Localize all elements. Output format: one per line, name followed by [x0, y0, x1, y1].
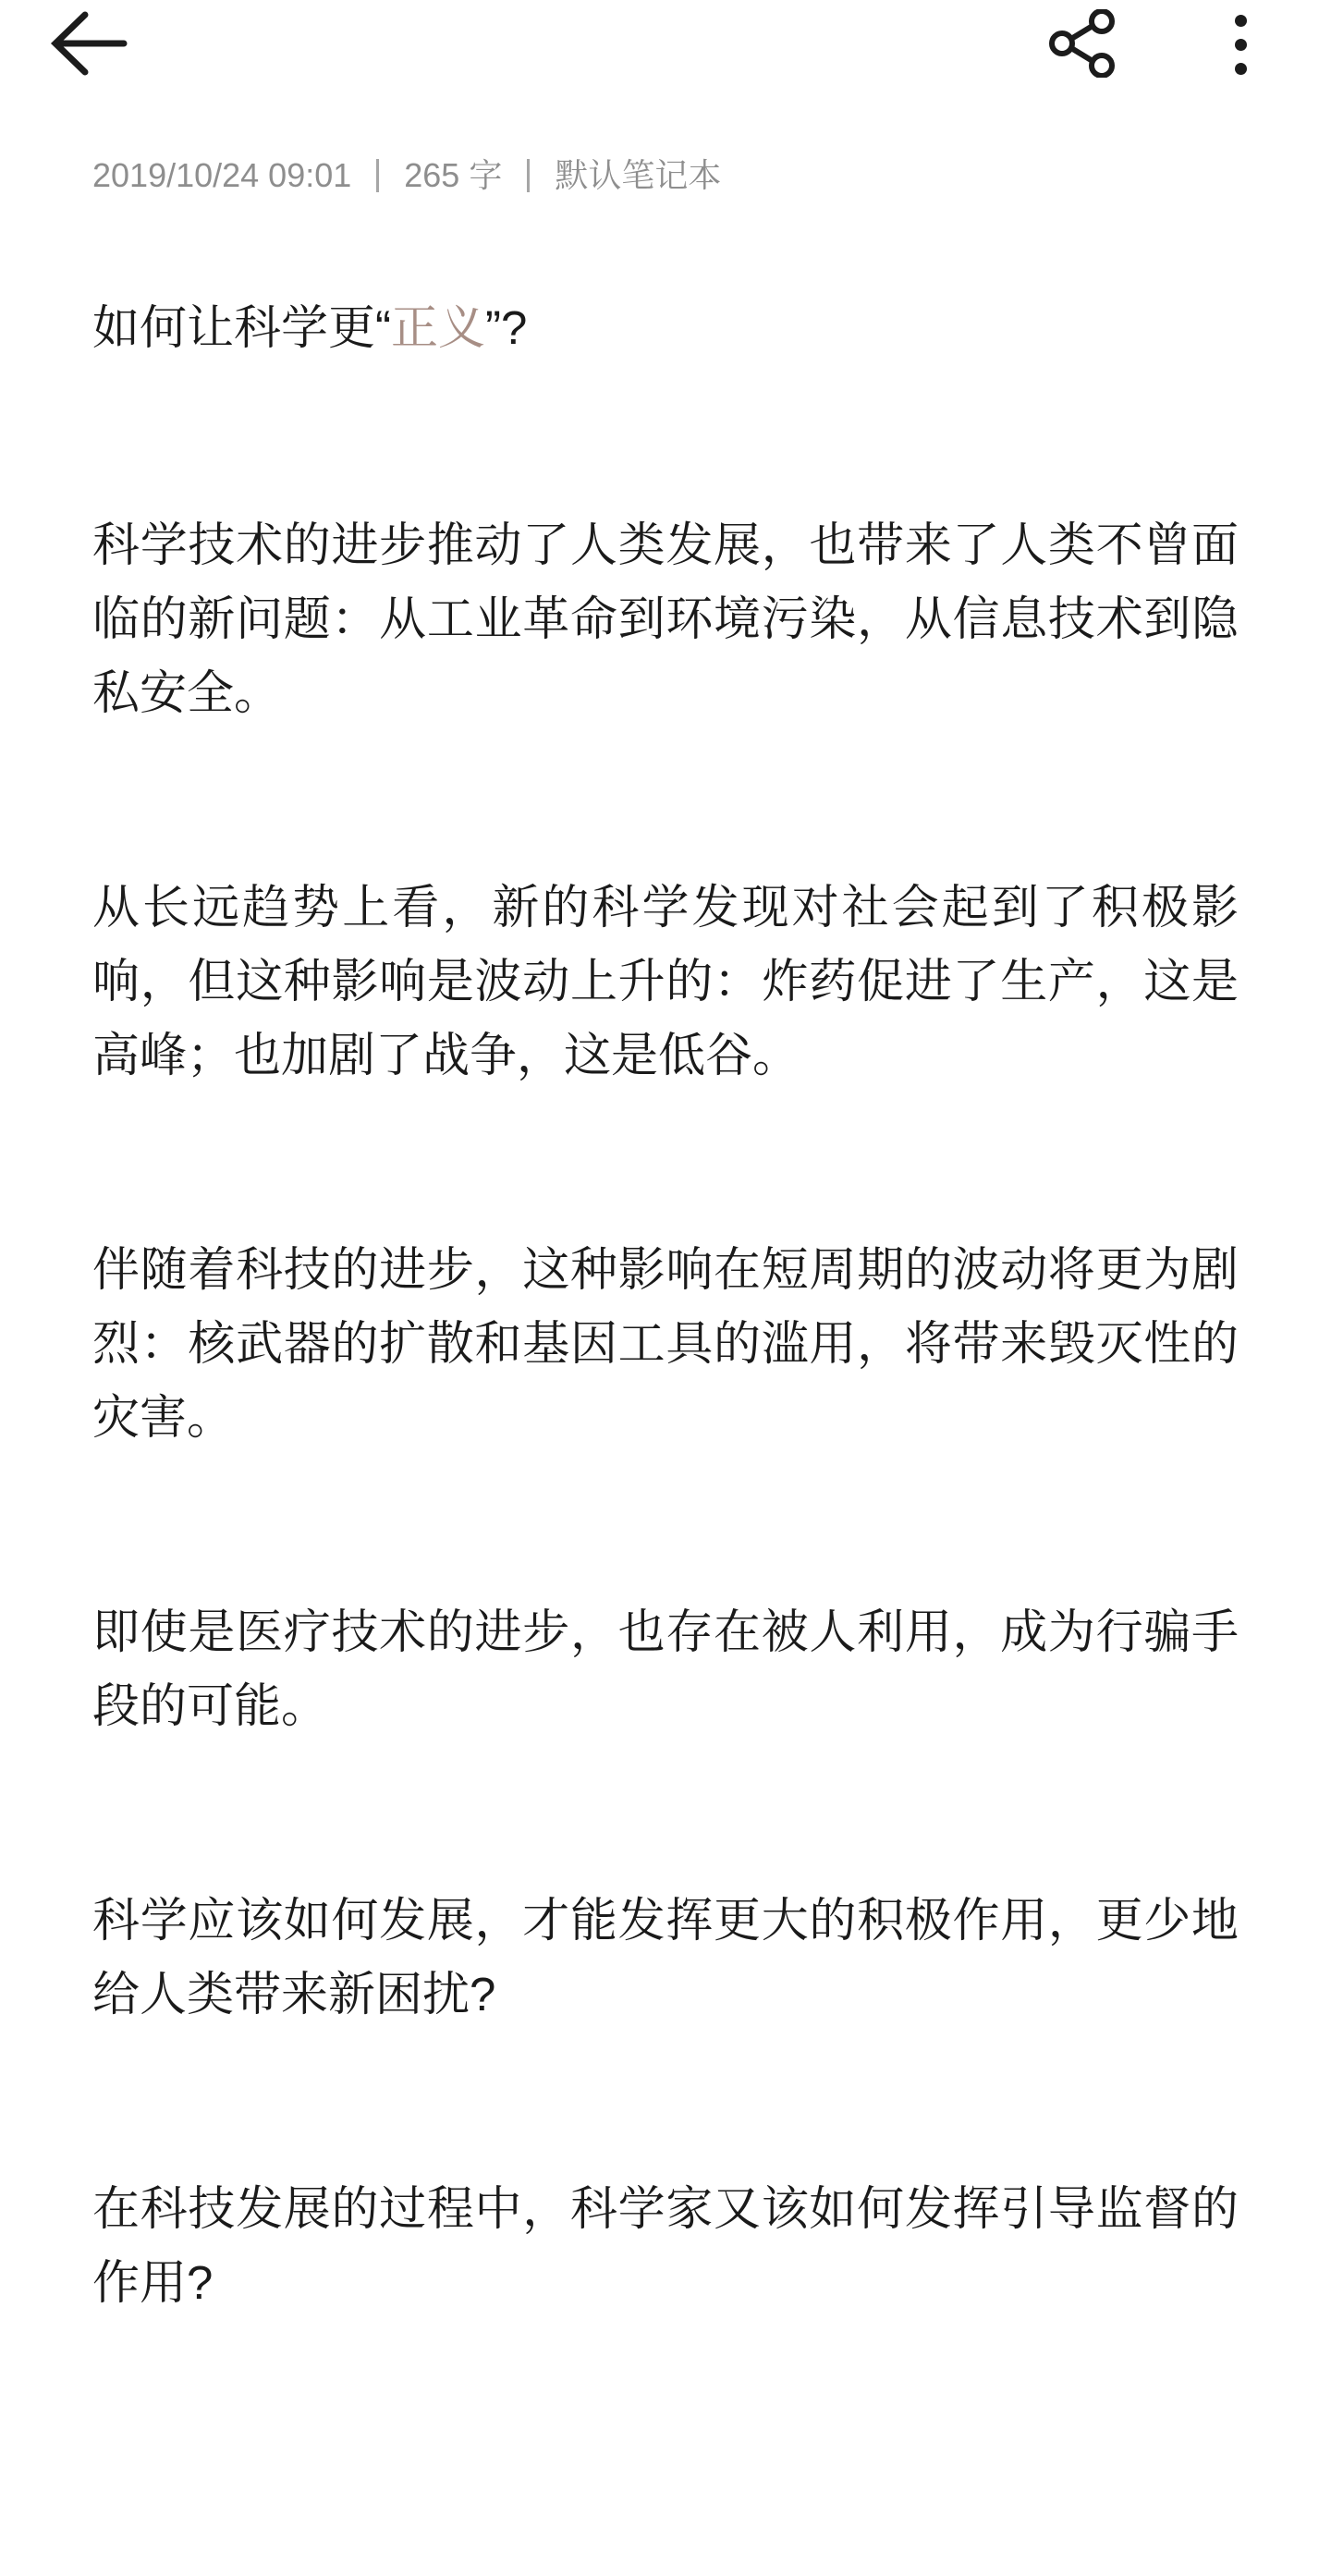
note-title[interactable]: 如何让科学更“正义”? [92, 291, 1239, 365]
note-content[interactable]: 如何让科学更“正义”? 科学技术的进步推动了人类发展，也带来了人类不曾面临的新问… [92, 291, 1239, 2460]
note-meta-row: 2019/10/24 09:01 265 字 默认笔记本 [92, 155, 1239, 196]
note-notebook-name: 默认笔记本 [555, 155, 721, 196]
meta-separator [527, 159, 530, 192]
note-paragraph[interactable]: 科学应该如何发展，才能发挥更大的积极作用，更少地给人类带来新困扰? [92, 1884, 1239, 2032]
back-button[interactable] [33, 2, 144, 87]
note-paragraph[interactable]: 伴随着科技的进步，这种影响在短周期的波动将更为剧烈：核武器的扩散和基因工具的滥用… [92, 1233, 1239, 1455]
more-options-button[interactable] [1202, 0, 1279, 89]
note-paragraph[interactable]: 科学技术的进步推动了人类发展，也带来了人类不曾面临的新问题：从工业革命到环境污染… [92, 508, 1239, 730]
note-title-highlight: 正义 [391, 301, 485, 354]
note-word-count: 265 字 [404, 155, 502, 196]
kebab-menu-icon [1235, 15, 1247, 75]
note-paragraph[interactable]: 在科技发展的过程中，科学家又该如何发挥引导监督的作用? [92, 2172, 1239, 2320]
top-app-bar [0, 0, 1331, 92]
note-paragraphs: 科学技术的进步推动了人类发展，也带来了人类不曾面临的新问题：从工业革命到环境污染… [92, 508, 1239, 2320]
note-title-text: 如何让科学更“ [92, 301, 391, 354]
note-paragraph[interactable]: 即使是医疗技术的进步，也存在被人利用，成为行骗手段的可能。 [92, 1595, 1239, 1743]
note-datetime: 2019/10/24 09:01 [92, 155, 351, 196]
note-paragraph[interactable]: 从长远趋势上看，新的科学发现对社会起到了积极影响，但这种影响是波动上升的：炸药促… [92, 871, 1239, 1093]
note-view-screen: 2019/10/24 09:01 265 字 默认笔记本 如何让科学更“正义”?… [0, 0, 1331, 2576]
note-title-text: ”? [485, 301, 527, 354]
meta-separator [376, 159, 379, 192]
back-arrow-icon [50, 11, 128, 79]
share-icon [1049, 9, 1116, 80]
share-button[interactable] [1032, 0, 1133, 89]
